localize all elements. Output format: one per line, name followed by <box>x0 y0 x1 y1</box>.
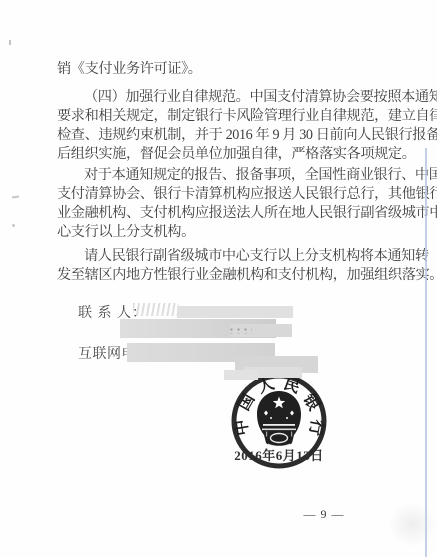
page-number: — 9 — <box>296 507 352 522</box>
doc-line: 业金融机构、支付机构应报送法人所在地人民银行副省级城市中 <box>57 204 423 223</box>
document-text-block: 销《支付业务许可证》。 （四）加强行业自律规范。中国支付清算协会要按照本通知 要… <box>57 60 423 285</box>
doc-line: 支付清算协会、银行卡清算机构应报送人民银行总行，其他银行 <box>57 185 423 204</box>
redaction-blur <box>177 306 293 318</box>
doc-line: 销《支付业务许可证》。 <box>57 60 423 79</box>
scan-speck <box>9 40 11 45</box>
scan-artifact <box>228 327 252 334</box>
doc-line: 后组织实施，督促会员单位加强自律，严格落实各项规定。 <box>57 145 423 164</box>
doc-line: 请人民银行副省级城市中心支行以上分支机构将本通知转 <box>57 247 423 266</box>
doc-line: 发至辖区内地方性银行业金融机构和支付机构，加强组织落实。 <box>57 266 423 285</box>
doc-line: 心支行以上分支机构。 <box>57 223 423 242</box>
scan-smudge <box>388 502 437 547</box>
page-edge-line <box>425 148 427 557</box>
seal-char: 中 <box>232 418 253 437</box>
scan-speck <box>12 196 19 199</box>
doc-line: （四）加强行业自律规范。中国支付清算协会要按照本通知 <box>57 88 423 107</box>
doc-line: 要求和相关规定，制定银行卡风险管理行业自律规范，建立自律 <box>57 107 423 126</box>
national-emblem-icon <box>257 391 301 446</box>
redaction-blur <box>224 370 258 380</box>
doc-line: 对于本通知规定的报告、报备事项，全国性商业银行、中国 <box>57 166 423 185</box>
scan-speck <box>12 224 15 227</box>
illegible-handwriting-smudge <box>133 303 179 316</box>
doc-line: 检查、违规约束机制，并于 2016 年 9 月 30 日前向人民银行报备 <box>57 126 423 145</box>
scanned-document-page: 销《支付业务许可证》。 （四）加强行业自律规范。中国支付清算协会要按照本通知 要… <box>0 0 437 557</box>
seal-date: 2016年6月13日 <box>230 445 328 464</box>
